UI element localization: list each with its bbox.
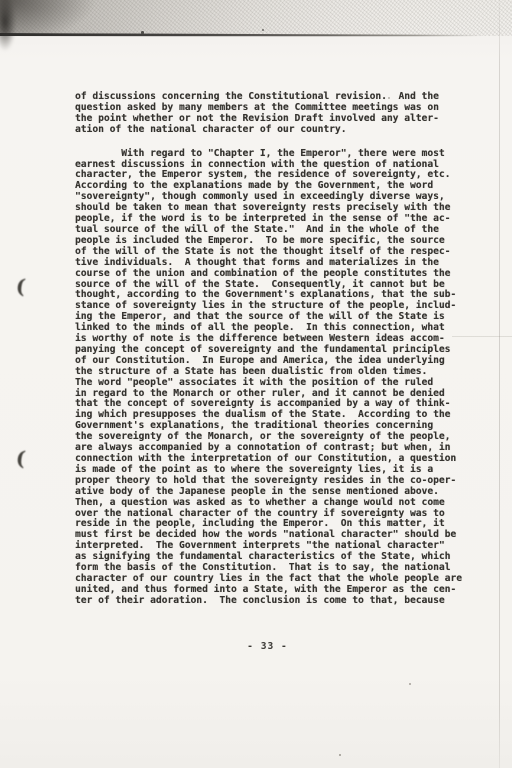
paragraph-chapter-one-emperor: With regard to "Chapter I, the Emperor",… — [75, 149, 477, 607]
handwritten-parenthesis-mark: ( — [15, 274, 27, 299]
scan-speck — [141, 31, 144, 34]
scanner-shadow-band — [0, 0, 512, 36]
scanner-corner-smudge — [0, 0, 16, 51]
page-number: - 33 - — [75, 641, 460, 652]
scanned-page: of discussions concerning the Constituti… — [0, 0, 512, 768]
handwritten-parenthesis-mark: ( — [15, 446, 27, 471]
scan-speck — [339, 754, 341, 756]
scan-speck — [262, 29, 264, 31]
scan-speck — [409, 683, 411, 685]
page-edge-line — [499, 0, 500, 768]
paragraph-constitutional-revision: of discussions concerning the Constituti… — [75, 92, 477, 136]
document-body: of discussions concerning the Constituti… — [75, 92, 477, 607]
